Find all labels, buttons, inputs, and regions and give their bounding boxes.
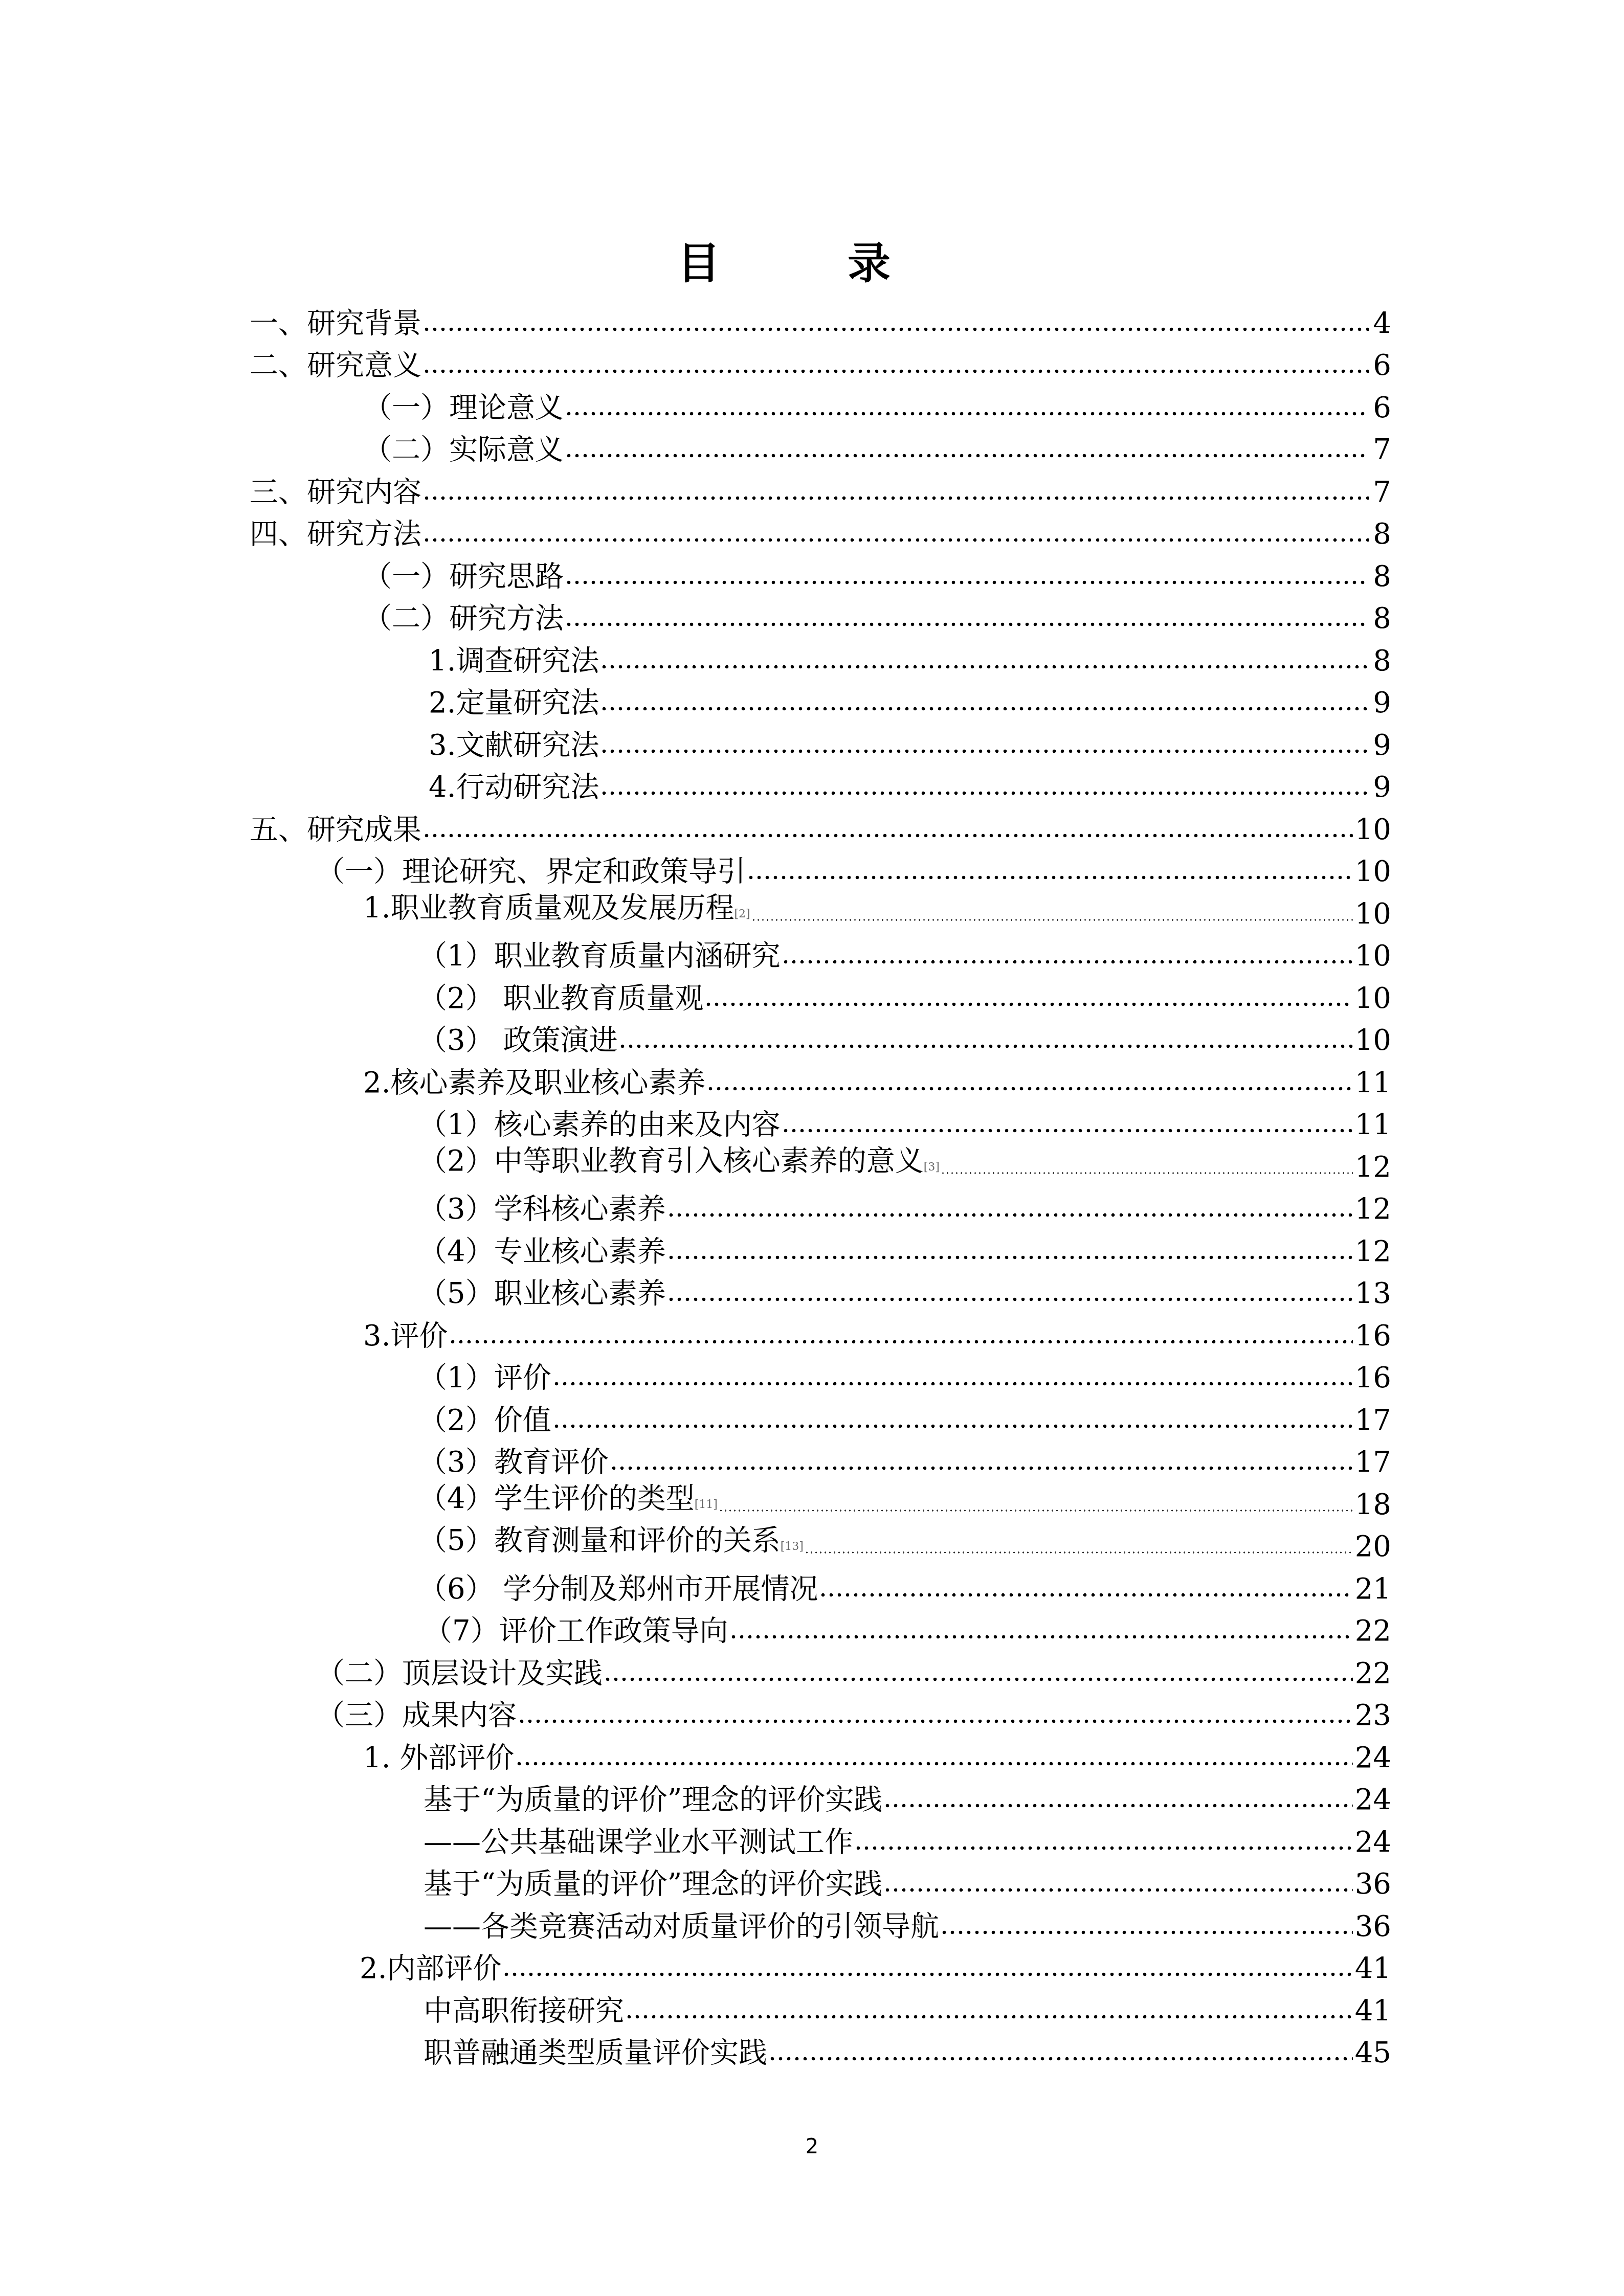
dot-leader <box>565 577 1369 588</box>
toc-entry-page: 17 <box>1355 1403 1391 1438</box>
dot-leader <box>625 2012 1353 2022</box>
toc-entry-page: 36 <box>1355 1909 1391 1945</box>
dot-leader <box>565 451 1369 461</box>
toc-entry-page: 11 <box>1355 1107 1391 1143</box>
toc-entry-label: （1）核心素养的由来及内容 <box>418 1107 782 1143</box>
toc-entry-text: 2.内部评价 <box>360 1952 501 1985</box>
dot-leader <box>782 957 1353 967</box>
toc-entry[interactable]: 四、研究方法8 <box>250 510 1391 553</box>
toc-entry-text: （5）教育测量和评价的关系 <box>418 1524 781 1557</box>
toc-entry[interactable]: 一、研究背景4 <box>250 299 1391 342</box>
toc-entry-text: 3.评价 <box>363 1319 448 1353</box>
toc-entry-label: （6） 学分制及郑州市开展情况 <box>418 1571 819 1607</box>
dot-leader <box>883 1800 1352 1811</box>
toc-entry-label: 4.行动研究法 <box>429 770 600 805</box>
toc-entry[interactable]: （1）职业教育质量内涵研究10 <box>250 932 1391 975</box>
toc-entry-page: 10 <box>1355 812 1391 848</box>
dot-leader <box>518 1716 1353 1726</box>
toc-entry-label: （一）理论研究、界定和政策导引 <box>316 854 747 890</box>
toc-entry[interactable]: 2.内部评价41 <box>250 1945 1391 1987</box>
dot-leader <box>422 535 1369 545</box>
toc-entry-label: （4）专业核心素养 <box>418 1234 667 1270</box>
toc-entry-label: 一、研究背景 <box>250 306 422 342</box>
dot-leader <box>805 1547 1353 1558</box>
toc-entry[interactable]: 2.定量研究法9 <box>250 679 1391 722</box>
toc-entry-page: 23 <box>1355 1698 1391 1734</box>
toc-entry[interactable]: （4）学生评价的类型[11]18 <box>250 1480 1391 1523</box>
toc-entry-label: （3）学科核心素养 <box>418 1191 667 1227</box>
toc-entry[interactable]: 1.职业教育质量观及发展历程[2]10 <box>250 890 1391 932</box>
toc-entry[interactable]: （一）理论意义6 <box>250 384 1391 426</box>
toc-entry-text: 三、研究内容 <box>250 476 421 509</box>
dot-leader <box>600 704 1369 714</box>
toc-entry-page: 17 <box>1355 1445 1391 1480</box>
toc-entry-label: （2）中等职业教育引入核心素养的意义[3] <box>418 1143 941 1185</box>
toc-entry-text: ——公共基础课学业水平测试工作 <box>424 1826 853 1859</box>
toc-entry-text: 基于“为质量的评价”理念的评价实践 <box>424 1867 882 1901</box>
toc-entry[interactable]: 职普融通类型质量评价实践45 <box>250 2029 1391 2072</box>
toc-title: 目 录 <box>0 233 1624 294</box>
dot-leader <box>706 1084 1352 1094</box>
toc-entry-label: 1.调查研究法 <box>429 643 600 679</box>
toc-entry[interactable]: 3.文献研究法9 <box>250 721 1391 763</box>
citation-ref: [2] <box>734 908 750 920</box>
dot-leader <box>941 1168 1353 1178</box>
toc-entry-text: 职普融通类型质量评价实践 <box>424 2036 767 2069</box>
toc-entry-page: 7 <box>1371 432 1391 468</box>
toc-entry-page: 8 <box>1371 643 1391 679</box>
toc-entry-text: （3） 政策演进 <box>418 1024 617 1057</box>
toc-entry-label: （3） 政策演进 <box>418 1023 618 1059</box>
toc-entry-label: 3.文献研究法 <box>429 728 600 763</box>
dot-leader <box>552 1379 1353 1389</box>
toc-entry-label: 二、研究意义 <box>250 348 422 384</box>
dot-leader <box>819 1590 1352 1600</box>
dot-leader <box>704 999 1352 1009</box>
toc-entry-text: 1.职业教育质量观及发展历程 <box>363 891 734 925</box>
table-of-contents: 一、研究背景4二、研究意义6（一）理论意义6（二）实际意义7三、研究内容7四、研… <box>250 299 1391 2071</box>
dot-leader <box>422 493 1369 503</box>
toc-entry-page: 41 <box>1355 1951 1391 1987</box>
toc-entry[interactable]: （6） 学分制及郑州市开展情况21 <box>250 1565 1391 1607</box>
toc-entry-text: 1.调查研究法 <box>429 644 599 678</box>
toc-entry-page: 45 <box>1355 2035 1391 2071</box>
toc-entry[interactable]: （3）教育评价17 <box>250 1438 1391 1481</box>
toc-entry-page: 11 <box>1355 1065 1391 1101</box>
toc-entry-text: 4.行动研究法 <box>429 771 599 804</box>
toc-entry-text: 一、研究背景 <box>250 307 421 340</box>
dot-leader <box>502 1969 1352 1979</box>
toc-entry[interactable]: 3.评价16 <box>250 1312 1391 1354</box>
toc-entry-text: （7）评价工作政策导向 <box>424 1614 728 1648</box>
toc-entry-page: 7 <box>1371 475 1391 510</box>
toc-entry[interactable]: （4）专业核心素养12 <box>250 1227 1391 1270</box>
toc-entry-page: 18 <box>1355 1487 1391 1523</box>
toc-entry-text: （一）理论研究、界定和政策导引 <box>316 855 746 888</box>
dot-leader <box>940 1927 1353 1938</box>
toc-entry-text: （二）顶层设计及实践 <box>316 1657 603 1690</box>
toc-entry-page: 8 <box>1371 559 1391 595</box>
toc-entry-page: 9 <box>1371 770 1391 805</box>
citation-ref: [11] <box>695 1498 718 1511</box>
toc-entry-label: 2.核心素养及职业核心素养 <box>363 1065 706 1101</box>
dot-leader <box>618 1041 1352 1051</box>
toc-entry-label: 中高职衔接研究 <box>424 1993 625 2029</box>
toc-entry-page: 13 <box>1355 1276 1391 1312</box>
toc-entry[interactable]: （一）研究思路8 <box>250 552 1391 595</box>
toc-entry[interactable]: （1）核心素养的由来及内容11 <box>250 1101 1391 1143</box>
toc-entry[interactable]: 1.调查研究法8 <box>250 637 1391 679</box>
toc-entry-text: 3.文献研究法 <box>429 729 599 762</box>
dot-leader <box>782 1126 1353 1136</box>
toc-entry[interactable]: （三）成果内容23 <box>250 1692 1391 1734</box>
toc-entry-page: 9 <box>1371 728 1391 763</box>
toc-entry-text: （三）成果内容 <box>316 1699 517 1732</box>
toc-entry-page: 8 <box>1371 516 1391 552</box>
toc-entry-text: （3）学科核心素养 <box>418 1192 666 1226</box>
dot-leader <box>667 1210 1353 1220</box>
toc-entry-page: 16 <box>1355 1318 1391 1354</box>
toc-entry[interactable]: （5）职业核心素养13 <box>250 1270 1391 1312</box>
toc-entry-text: （4）学生评价的类型 <box>418 1482 695 1515</box>
toc-entry-text: 1. 外部评价 <box>363 1741 514 1774</box>
toc-entry-text: 基于“为质量的评价”理念的评价实践 <box>424 1783 882 1816</box>
dot-leader <box>600 746 1369 756</box>
toc-entry-label: （二）顶层设计及实践 <box>316 1656 604 1692</box>
toc-entry[interactable]: 中高职衔接研究41 <box>250 1987 1391 2029</box>
toc-entry[interactable]: 五、研究成果10 <box>250 805 1391 848</box>
dot-leader <box>854 1843 1353 1853</box>
toc-entry-page: 10 <box>1355 1023 1391 1059</box>
toc-entry-text: （二）研究方法 <box>363 602 564 635</box>
toc-entry-label: （5）教育测量和评价的关系[13] <box>418 1523 805 1565</box>
toc-entry-page: 6 <box>1371 390 1391 426</box>
toc-entry-page: 21 <box>1355 1571 1391 1607</box>
toc-entry[interactable]: （1）评价16 <box>250 1354 1391 1397</box>
toc-entry-label: （5）职业核心素养 <box>418 1276 667 1312</box>
toc-entry-text: （2）中等职业教育引入核心素养的意义 <box>418 1144 924 1178</box>
dot-leader <box>610 1463 1353 1473</box>
toc-entry-text: （4）专业核心素养 <box>418 1235 666 1268</box>
toc-entry-page: 22 <box>1355 1656 1391 1692</box>
toc-entry[interactable]: 三、研究内容7 <box>250 468 1391 510</box>
toc-entry-text: ——各类竞赛活动对质量评价的引领导航 <box>424 1910 939 1943</box>
toc-entry-text: （一）理论意义 <box>363 391 564 424</box>
dot-leader <box>667 1294 1353 1304</box>
toc-entry-label: （一）研究思路 <box>363 559 565 595</box>
toc-entry-label: 职普融通类型质量评价实践 <box>424 2035 768 2071</box>
toc-entry-text: 中高职衔接研究 <box>424 1994 624 2028</box>
dot-leader <box>768 2054 1353 2064</box>
toc-entry[interactable]: 2.核心素养及职业核心素养11 <box>250 1059 1391 1101</box>
toc-entry[interactable]: （二）顶层设计及实践22 <box>250 1649 1391 1692</box>
toc-entry-text: （6） 学分制及郑州市开展情况 <box>418 1572 818 1606</box>
toc-entry[interactable]: （2） 职业教育质量观10 <box>250 974 1391 1017</box>
toc-entry-text: 四、研究方法 <box>250 517 421 551</box>
toc-entry[interactable]: （二）研究方法8 <box>250 595 1391 637</box>
toc-entry-label: （4）学生评价的类型[11] <box>418 1481 719 1523</box>
toc-entry-label: （一）理论意义 <box>363 390 565 426</box>
dot-leader <box>600 788 1369 798</box>
toc-entry-text: （2）价值 <box>418 1404 551 1437</box>
toc-entry-label: （1）评价 <box>418 1360 552 1396</box>
toc-entry-page: 12 <box>1355 1234 1391 1270</box>
toc-entry-text: （1）核心素养的由来及内容 <box>418 1108 781 1141</box>
toc-entry-page: 10 <box>1355 981 1391 1017</box>
toc-entry-page: 24 <box>1355 1740 1391 1776</box>
dot-leader <box>604 1674 1353 1684</box>
dot-leader <box>883 1885 1352 1895</box>
toc-entry-label: 四、研究方法 <box>250 516 422 552</box>
toc-entry-text: 五、研究成果 <box>250 813 421 846</box>
toc-entry-label: 1. 外部评价 <box>363 1740 515 1776</box>
toc-entry-page: 24 <box>1355 1825 1391 1860</box>
toc-entry-label: 2.内部评价 <box>360 1951 502 1987</box>
toc-entry-label: 五、研究成果 <box>250 812 422 848</box>
toc-entry-label: 三、研究内容 <box>250 475 422 510</box>
toc-entry[interactable]: 基于“为质量的评价”理念的评价实践24 <box>250 1776 1391 1818</box>
toc-entry-page: 20 <box>1355 1529 1391 1565</box>
citation-ref: [3] <box>924 1161 940 1174</box>
toc-entry-text: 2.定量研究法 <box>429 686 599 719</box>
toc-entry-page: 9 <box>1371 685 1391 721</box>
toc-entry[interactable]: （5）教育测量和评价的关系[13]20 <box>250 1523 1391 1565</box>
toc-entry[interactable]: ——公共基础课学业水平测试工作24 <box>250 1818 1391 1860</box>
toc-entry[interactable]: （7）评价工作政策导向22 <box>250 1607 1391 1650</box>
toc-entry-label: （三）成果内容 <box>316 1698 518 1734</box>
toc-entry-text: （二）实际意义 <box>363 433 564 466</box>
toc-entry-label: （1）职业教育质量内涵研究 <box>418 938 782 974</box>
toc-entry[interactable]: （2）价值17 <box>250 1396 1391 1438</box>
dot-leader <box>729 1632 1353 1642</box>
dot-leader <box>552 1421 1353 1431</box>
toc-entry-page: 6 <box>1371 348 1391 384</box>
dot-leader <box>747 872 1353 883</box>
toc-entry-label: 2.定量研究法 <box>429 685 600 721</box>
dot-leader <box>422 324 1369 334</box>
toc-entry-text: （5）职业核心素养 <box>418 1277 666 1310</box>
dot-leader <box>422 366 1369 376</box>
toc-entry-label: 基于“为质量的评价”理念的评价实践 <box>424 1782 883 1818</box>
toc-entry-page: 8 <box>1371 601 1391 637</box>
toc-entry-page: 12 <box>1355 1191 1391 1227</box>
toc-entry[interactable]: （3）学科核心素养12 <box>250 1185 1391 1228</box>
toc-entry-text: 二、研究意义 <box>250 349 421 382</box>
toc-entry-text: （1）职业教育质量内涵研究 <box>418 939 781 973</box>
toc-entry-text: （一）研究思路 <box>363 560 564 593</box>
toc-entry-label: （7）评价工作政策导向 <box>424 1613 729 1649</box>
toc-entry-page: 22 <box>1355 1613 1391 1649</box>
toc-entry-page: 36 <box>1355 1866 1391 1902</box>
dot-leader <box>667 1252 1353 1263</box>
toc-entry-text: （1）评价 <box>418 1361 551 1394</box>
toc-entry-text: 2.核心素养及职业核心素养 <box>363 1066 705 1099</box>
dot-leader <box>719 1505 1353 1516</box>
dot-leader <box>515 1759 1353 1769</box>
toc-entry-label: 基于“为质量的评价”理念的评价实践 <box>424 1866 883 1902</box>
toc-entry-page: 16 <box>1355 1360 1391 1396</box>
toc-entry-label: （3）教育评价 <box>418 1445 610 1480</box>
dot-leader <box>449 1337 1352 1347</box>
toc-entry-text: （2） 职业教育质量观 <box>418 982 703 1015</box>
toc-entry-label: （2）价值 <box>418 1403 552 1438</box>
page-number: 2 <box>0 2135 1624 2158</box>
citation-ref: [13] <box>781 1540 804 1553</box>
toc-entry-page: 10 <box>1355 896 1391 932</box>
dot-leader <box>565 619 1369 629</box>
dot-leader <box>600 662 1369 672</box>
toc-entry-text: （3）教育评价 <box>418 1446 609 1479</box>
toc-entry[interactable]: ——各类竞赛活动对质量评价的引领导航36 <box>250 1902 1391 1945</box>
toc-entry-page: 12 <box>1355 1150 1391 1185</box>
toc-entry[interactable]: （一）理论研究、界定和政策导引10 <box>250 848 1391 890</box>
toc-entry-label: 3.评价 <box>363 1318 449 1354</box>
toc-entry-label: （二）实际意义 <box>363 432 565 468</box>
toc-entry[interactable]: （二）实际意义7 <box>250 426 1391 468</box>
toc-entry[interactable]: （3） 政策演进10 <box>250 1017 1391 1059</box>
toc-entry-page: 10 <box>1355 854 1391 890</box>
toc-entry[interactable]: 基于“为质量的评价”理念的评价实践36 <box>250 1860 1391 1903</box>
toc-entry-label: （二）研究方法 <box>363 601 565 637</box>
toc-entry-label: ——公共基础课学业水平测试工作 <box>424 1825 854 1860</box>
toc-entry-page: 24 <box>1355 1782 1391 1818</box>
toc-entry-page: 10 <box>1355 938 1391 974</box>
document-page: 目 录 一、研究背景4二、研究意义6（一）理论意义6（二）实际意义7三、研究内容… <box>0 0 1624 2296</box>
dot-leader <box>565 409 1369 419</box>
dot-leader <box>751 915 1353 925</box>
dot-leader <box>422 830 1353 841</box>
toc-entry[interactable]: 4.行动研究法9 <box>250 763 1391 806</box>
toc-entry-label: ——各类竞赛活动对质量评价的引领导航 <box>424 1909 940 1945</box>
toc-entry[interactable]: 二、研究意义6 <box>250 342 1391 384</box>
toc-entry[interactable]: （2）中等职业教育引入核心素养的意义[3]12 <box>250 1143 1391 1185</box>
toc-entry-page: 41 <box>1355 1993 1391 2029</box>
toc-entry-label: （2） 职业教育质量观 <box>418 981 704 1017</box>
toc-entry-page: 4 <box>1371 306 1391 342</box>
toc-entry[interactable]: 1. 外部评价24 <box>250 1734 1391 1776</box>
toc-entry-label: 1.职业教育质量观及发展历程[2] <box>363 890 751 932</box>
